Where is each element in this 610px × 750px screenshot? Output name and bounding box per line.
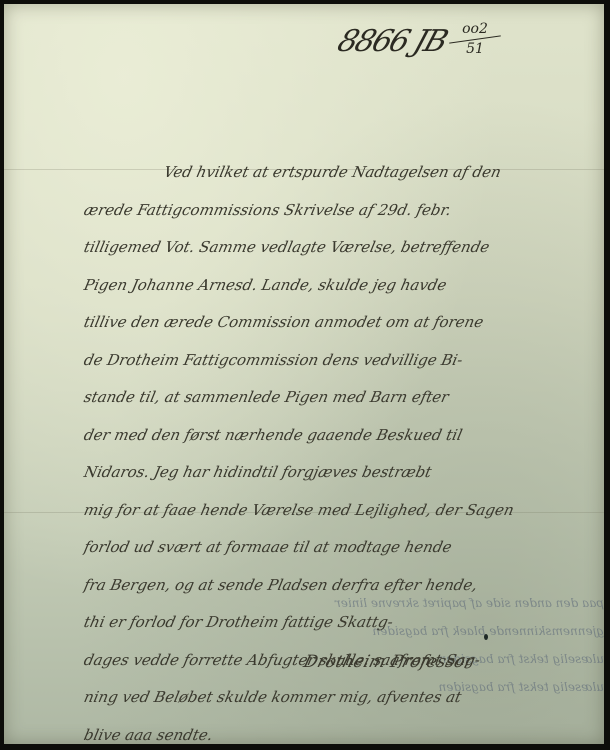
letter-line: tillive den ærede Commission anmodet om … (80, 304, 593, 342)
document-page: 8866 JB oo2 51 paa den anden side af pap… (4, 4, 604, 744)
letter-line: forlod ud svært at formaae til at modtag… (80, 529, 593, 567)
letter-line: fra Bergen, og at sende Pladsen derfra e… (80, 567, 593, 605)
archive-number-bottom: 51 (466, 41, 484, 57)
letter-line: der med den først nærhende gaaende Besku… (80, 417, 593, 455)
letter-line: Pigen Johanne Arnesd. Lande, skulde jeg … (80, 267, 593, 305)
letter-line: Ved hvilket at ertspurde Nadtagelsen af … (80, 154, 593, 192)
archive-number-top: oo2 (462, 21, 488, 37)
letter-line: Nidaros. Jeg har hidindtil forgjæves bes… (80, 454, 593, 492)
archive-number: oo2 51 (449, 22, 501, 57)
letter-line: stande til, at sammenlede Pigen med Barn… (80, 379, 593, 417)
letter-line: blive aaa sendte. (80, 717, 593, 750)
letter-line: tilligemed Vot. Samme vedlagte Værelse, … (80, 229, 593, 267)
letter-line: de Drotheim Fattigcommission dens vedvil… (80, 342, 593, 380)
ink-blot (484, 634, 488, 640)
archive-mark: 8866 JB (333, 24, 450, 59)
letter-line: mig for at faae hende Værelse med Lejlig… (80, 492, 593, 530)
letter-line: ning ved Beløbet skulde kommer mig, afve… (80, 679, 593, 717)
letter-line: ærede Fattigcommissions Skrivelse af 29d… (80, 192, 593, 230)
letter-line: thi er forlod for Drotheim fattige Skatt… (80, 604, 593, 642)
signature: Drotheim Professor (301, 652, 475, 672)
